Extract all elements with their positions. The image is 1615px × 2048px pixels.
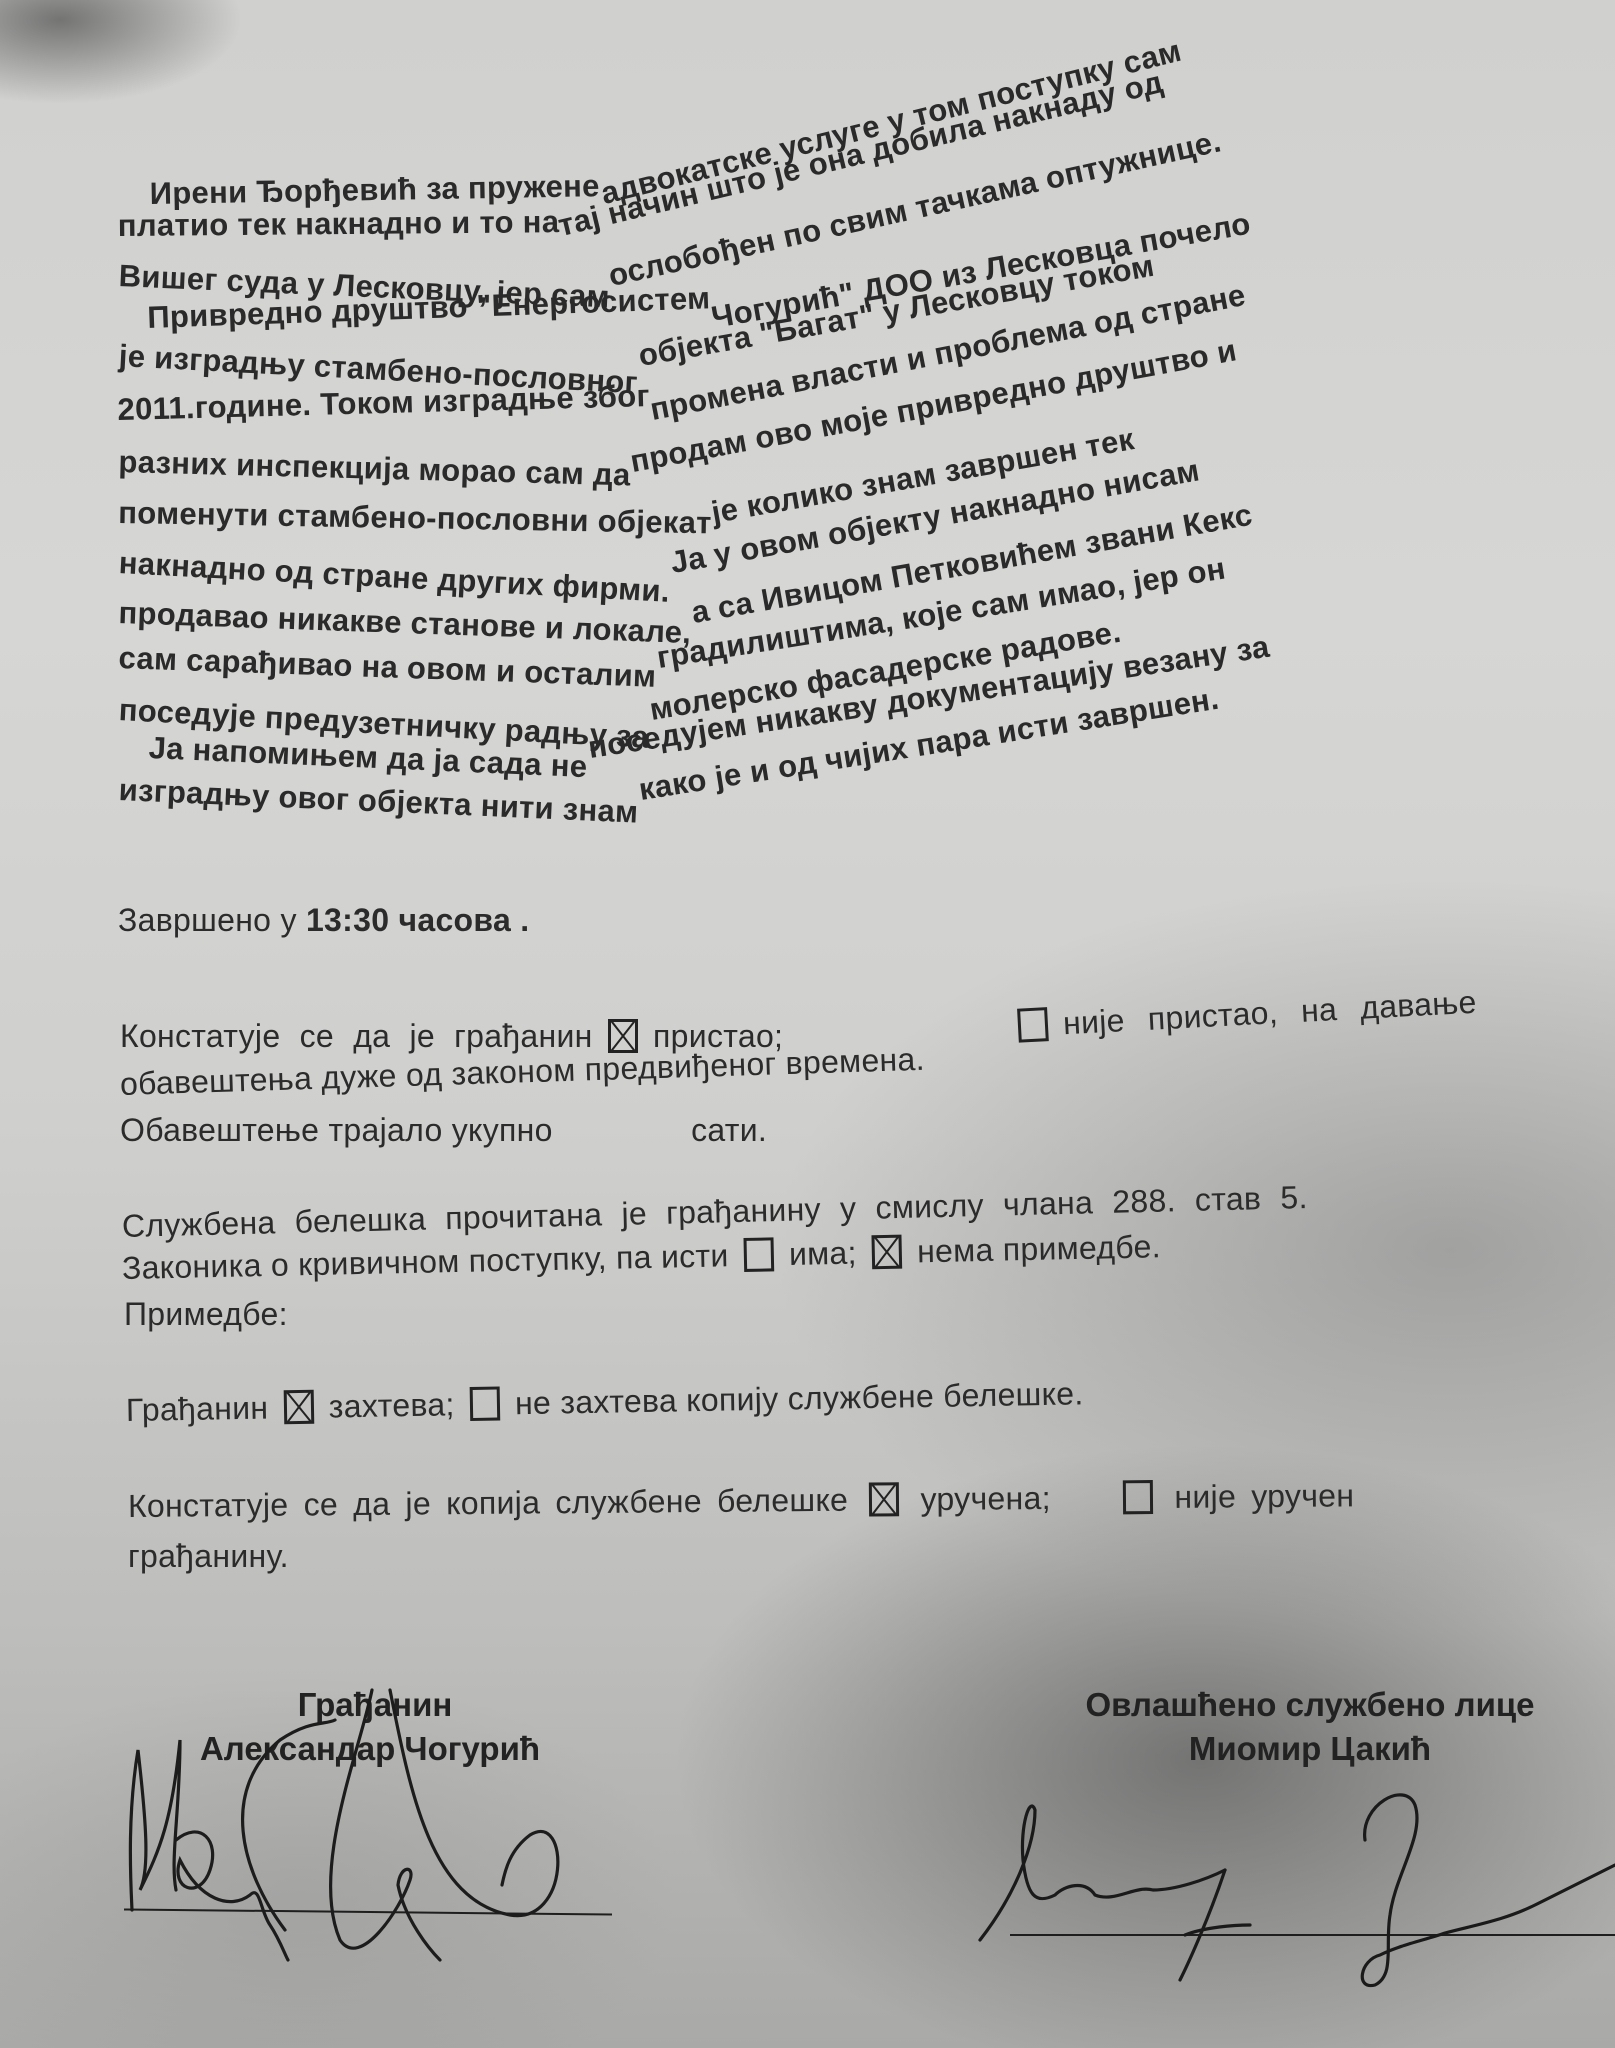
citizen-signature-icon (110, 1670, 610, 1970)
completed-time-line: Завршено у 13:30 часова . (118, 902, 529, 939)
label-requests-copy: захтева; (328, 1386, 455, 1424)
checkbox-delivered[interactable] (869, 1482, 899, 1516)
checkbox-not-delivered[interactable] (1123, 1480, 1153, 1514)
remarks-label: Примедбе: (124, 1296, 288, 1332)
duration-line: Обавештење трајало укупно сати. (120, 1112, 767, 1149)
official-role: Овлашћено службено лице (1010, 1686, 1610, 1724)
official-signature-icon (975, 1785, 1615, 2045)
checkbox-no-remarks[interactable] (872, 1235, 903, 1270)
label-no-remarks: нема примедбе. (917, 1228, 1161, 1269)
checkbox-has-remarks[interactable] (743, 1237, 774, 1272)
copy-delivery-line-2: грађанину. (128, 1538, 289, 1575)
body-line: 2011.године. Током изградње због промена… (118, 392, 1260, 428)
checkbox-not-requests-copy[interactable] (470, 1386, 501, 1421)
duration-suffix: сати. (691, 1112, 767, 1148)
official-signature-block: Овлашћено службено лице Миомир Цакић (1010, 1686, 1610, 1768)
completed-suffix: часова . (389, 902, 529, 938)
checkbox-requests-copy[interactable] (283, 1390, 314, 1425)
consent-prefix: Констатује се да је грађанин (120, 1018, 593, 1054)
completed-prefix: Завршено у (118, 902, 306, 938)
body-line-start: платио тек накнадно и то на (118, 204, 560, 244)
label-has-remarks: има; (789, 1235, 858, 1272)
official-name: Миомир Цакић (1010, 1730, 1610, 1768)
body-line: изградњу овог објекта нити знам како је … (118, 772, 1229, 808)
remarks-line: Примедбе: (124, 1296, 288, 1333)
duration-prefix: Обавештење трајало укупно (120, 1112, 553, 1148)
checkbox-not-agreed[interactable] (1017, 1007, 1049, 1043)
checkbox-agreed[interactable] (608, 1019, 638, 1053)
copy-delivery-prefix: Констатује се да је копија службене беле… (128, 1482, 848, 1524)
copy-delivery-line2-text: грађанину. (128, 1538, 289, 1574)
completed-time: 13:30 (306, 902, 389, 938)
copy-request-prefix: Грађанин (126, 1390, 269, 1428)
body-line: платио тек накнадно и то на тај начин шт… (118, 208, 1184, 244)
label-not-delivered: није уручен (1174, 1477, 1354, 1515)
label-delivered: уручена; (920, 1480, 1051, 1517)
